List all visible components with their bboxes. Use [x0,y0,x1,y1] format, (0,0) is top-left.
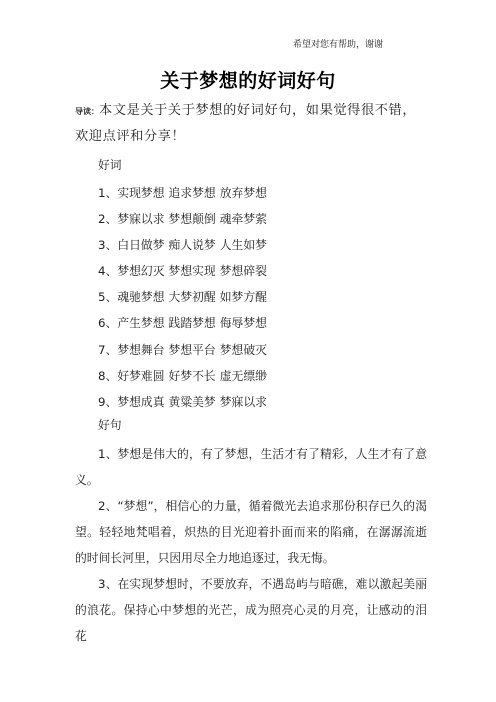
list-item: 5、魂驰梦想大梦初醒如梦方醒 [98,284,271,310]
list-item: 7、梦想舞台梦想平台梦想破灭 [98,337,271,363]
header-note: 希望对您有帮助，谢谢 [293,37,383,50]
intro-lead-label: 导读： [75,107,99,116]
list-item: 1、实现梦想追求梦想放弃梦想 [98,180,271,206]
list-item: 8、好梦难圆好梦不长虚无缥缈 [98,363,271,389]
list-item: 3、白日做梦痴人说梦人生如梦 [98,232,271,258]
sentence-paragraph-2: 2、“梦想”，相信心的力量，循着微光去追求那份积存已久的渴望。轻轻地梵唱着，炽热… [75,493,427,571]
list-item: 4、梦想幻灭梦想实现梦想碎裂 [98,258,271,284]
sentence-paragraph-1: 1、梦想是伟大的，有了梦想，生活才有了精彩，人生才有了意义。 [75,441,427,493]
list-item: 2、梦寐以求梦想颠倒魂牵梦萦 [98,206,271,232]
list-item: 9、梦想成真黄粱美梦梦寐以求 [98,389,271,415]
sentence-paragraph-3: 3、在实现梦想时，不要放弃，不遇岛屿与暗礁，难以激起美丽的浪花。保持心中梦想的光… [75,571,427,649]
good-words-list: 1、实现梦想追求梦想放弃梦想 2、梦寐以求梦想颠倒魂牵梦萦 3、白日做梦痴人说梦… [98,180,271,415]
page-title: 关于梦想的好词好句 [0,66,496,93]
intro-paragraph: 导读：本文是关于关于梦想的好词好句，如果觉得很不错，欢迎点评和分享！ [75,98,427,149]
good-words-heading: 好词 [98,156,122,173]
good-sentences-heading: 好句 [98,416,122,433]
list-item: 6、产生梦想践踏梦想侮辱梦想 [98,310,271,336]
intro-text: 本文是关于关于梦想的好词好句，如果觉得很不错，欢迎点评和分享！ [75,103,416,144]
